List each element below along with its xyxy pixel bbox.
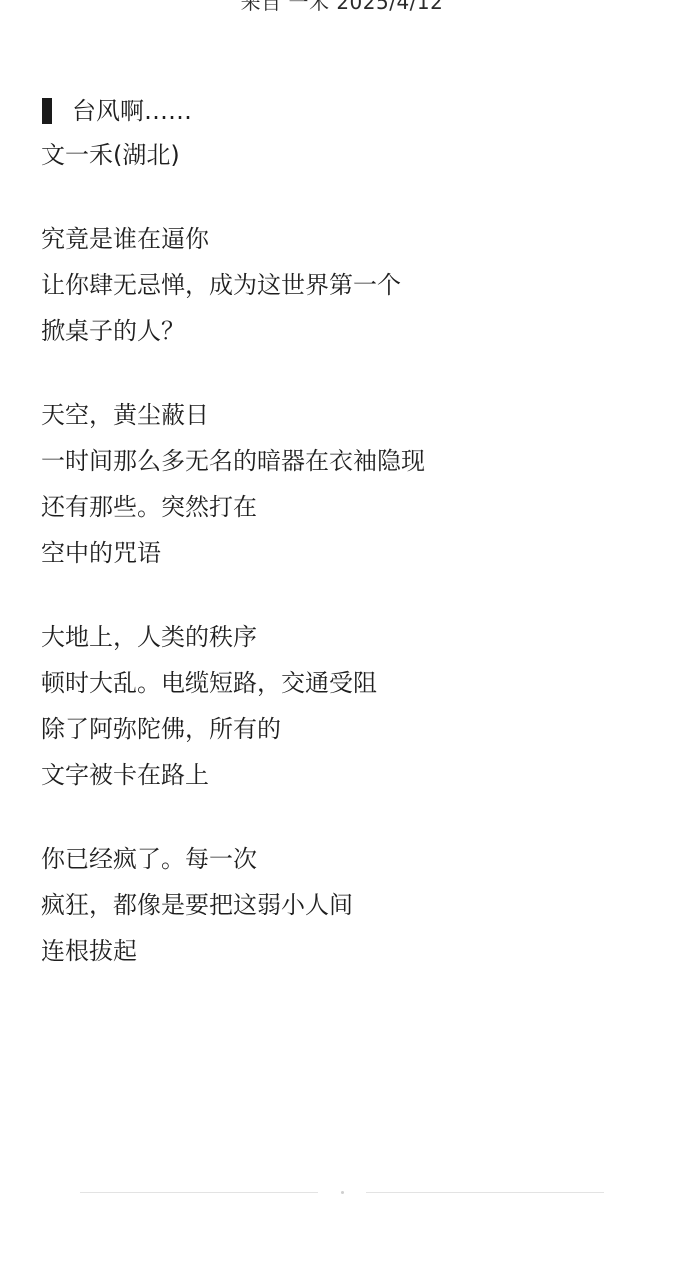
title-marker-icon [42,98,52,124]
poem-line: 连根拔起 [41,928,651,974]
poem-stanza-3: 大地上，人类的秩序 顿时大乱。电缆短路，交通受阻 除了阿弥陀佛，所有的 文字被卡… [41,614,651,798]
poem-title: 台风啊…… [72,92,192,130]
poem-stanza-2: 天空，黄尘蔽日 一时间那么多无名的暗器在衣袖隐现 还有那些。突然打在 空中的咒语 [41,392,651,576]
divider-line-left [80,1192,318,1193]
poem-line: 掀桌子的人？ [41,308,651,354]
poem-line: 疯狂，都像是要把这弱小人间 [41,882,651,928]
end-divider [80,1191,604,1195]
poem-line: 顿时大乱。电缆短路，交通受阻 [41,660,651,706]
poem-line: 空中的咒语 [41,530,651,576]
poem-line: 一时间那么多无名的暗器在衣袖隐现 [41,438,651,484]
source-caption: 来自 一禾 2025/4/12 [0,0,684,16]
poem-line: 还有那些。突然打在 [41,484,651,530]
divider-dot-icon [341,1191,344,1194]
poem-title-row: 台风啊…… [41,92,651,130]
poem-line: 天空，黄尘蔽日 [41,392,651,438]
poem-author: 文一禾(湖北) [41,132,651,178]
poem-line: 大地上，人类的秩序 [41,614,651,660]
poem-line: 让你肆无忌惮，成为这世界第一个 [41,262,651,308]
poem-line: 除了阿弥陀佛，所有的 [41,706,651,752]
poem-article: 台风啊…… 文一禾(湖北) 究竟是谁在逼你 让你肆无忌惮，成为这世界第一个 掀桌… [41,92,651,974]
poem-stanza-4: 你已经疯了。每一次 疯狂，都像是要把这弱小人间 连根拔起 [41,836,651,974]
divider-line-right [366,1192,604,1193]
poem-line: 你已经疯了。每一次 [41,836,651,882]
poem-line: 文字被卡在路上 [41,752,651,798]
poem-stanza-1: 究竟是谁在逼你 让你肆无忌惮，成为这世界第一个 掀桌子的人？ [41,216,651,354]
poem-line: 究竟是谁在逼你 [41,216,651,262]
